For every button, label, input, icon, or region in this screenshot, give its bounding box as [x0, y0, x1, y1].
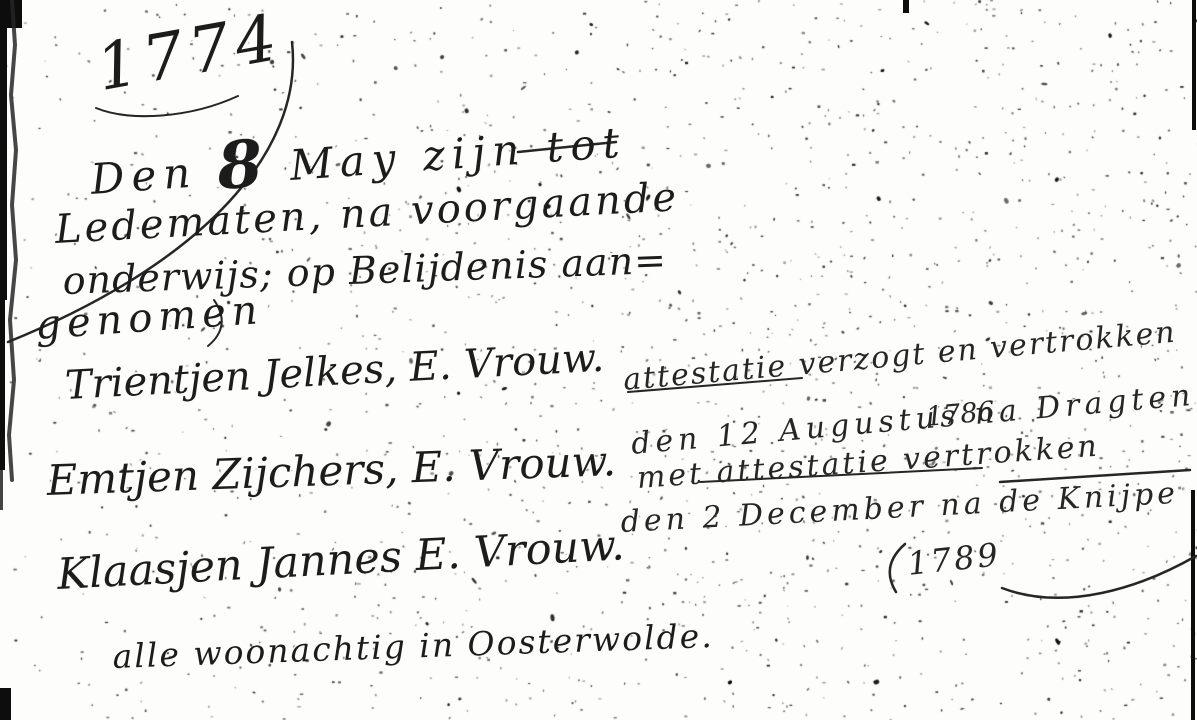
intro-day-number: 8 — [215, 126, 272, 205]
scan-edge-right-top — [1192, 0, 1196, 130]
scan-edge-right-bottom — [1191, 490, 1195, 720]
scan-mark-topright — [903, 0, 909, 13]
binding-edge-top — [0, 0, 7, 300]
binding-edge-mid — [0, 300, 5, 470]
scanned-register-page: 1774 Den 8 May zijn tot Ledematen, na vo… — [0, 0, 1197, 720]
corner-blob-bottomleft — [0, 688, 11, 720]
binding-edge-fade — [0, 470, 3, 510]
annotation-2-year: 1789 — [906, 538, 1002, 580]
intro-line-1-pre: Den — [89, 148, 199, 204]
corner-blob-topleft — [0, 0, 22, 28]
